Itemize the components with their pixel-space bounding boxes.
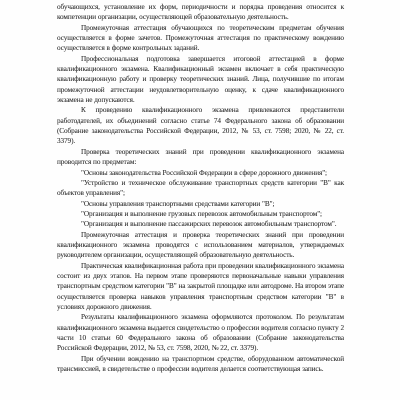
paragraph: Промежуточная аттестация обучающихся по …	[57, 23, 344, 54]
paragraph: Промежуточная аттестация и проверка теор…	[57, 230, 344, 261]
paragraph: При обучении вождению на транспортном ср…	[57, 354, 344, 375]
paragraph: Проверка теоретических знаний при провед…	[57, 147, 344, 168]
paragraph: Профессиональная подготовка завершается …	[57, 54, 344, 106]
paragraph: "Основы законодательства Российской Феде…	[57, 168, 344, 178]
paragraph: Результаты квалификационного экзамена оф…	[57, 312, 344, 353]
document-page: обучающихся, установление их форм, перио…	[0, 0, 400, 400]
paragraph: "Устройство и техническое обслуживание т…	[57, 178, 344, 199]
document-text-block: обучающихся, установление их форм, перио…	[57, 2, 344, 374]
paragraph: К проведению квалификационного экзамена …	[57, 105, 344, 146]
paragraph: обучающихся, установление их форм, перио…	[57, 2, 344, 23]
paragraph: "Основы управления транспортными средств…	[57, 199, 344, 209]
paragraph: "Организация и выполнение грузовых перев…	[57, 209, 344, 219]
paragraph: Практическая квалификационная работа при…	[57, 261, 344, 313]
paragraph: "Организация и выполнение пассажирских п…	[57, 219, 344, 229]
